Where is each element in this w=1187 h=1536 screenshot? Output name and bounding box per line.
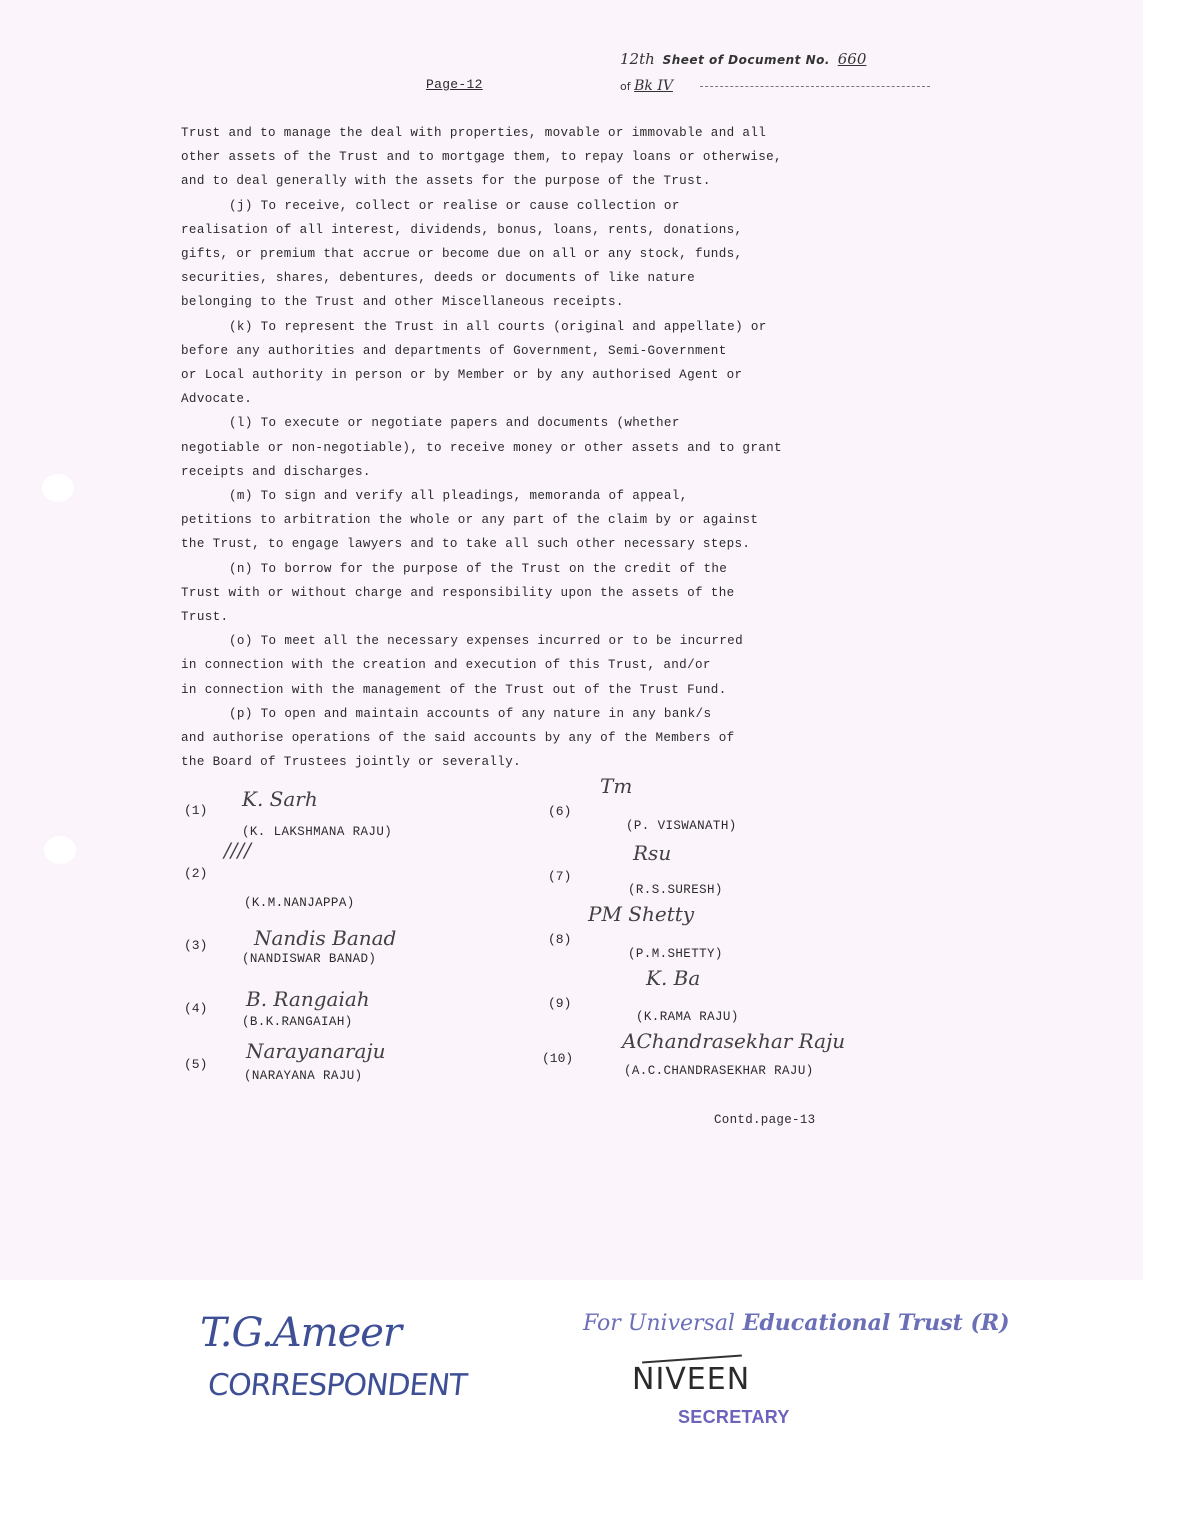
book-handwritten: Bk IV (634, 78, 673, 94)
correspondent-title: CORRESPONDENT (206, 1368, 468, 1403)
document-line: in connection with the creation and exec… (181, 653, 941, 677)
document-line: (k) To represent the Trust in all courts… (181, 315, 941, 339)
signatory-name: (P. VISWANATH) (626, 819, 737, 833)
document-line: receipts and discharges. (181, 460, 941, 484)
handwritten-signature: PM Shetty (588, 902, 694, 926)
signatory-name: (R.S.SURESH) (628, 883, 723, 897)
document-line: and authorise operations of the said acc… (181, 726, 941, 750)
signatory-number: (7) (548, 869, 571, 884)
document-line: before any authorities and departments o… (181, 339, 941, 363)
book-prefix: of (620, 80, 631, 93)
document-line: Trust. (181, 605, 941, 629)
sheet-number-handwritten: 12th (620, 50, 655, 68)
document-line: (m) To sign and verify all pleadings, me… (181, 484, 941, 508)
document-line: or Local authority in person or by Membe… (181, 363, 941, 387)
document-line: (n) To borrow for the purpose of the Tru… (181, 557, 941, 581)
document-line: realisation of all interest, dividends, … (181, 218, 941, 242)
signatory-name: (NARAYANA RAJU) (244, 1069, 363, 1083)
signatory-name: (NANDISWAR BANAD) (242, 952, 376, 966)
trust-stamp-name: Educational Trust (R) (743, 1310, 1010, 1336)
document-line: Trust and to manage the deal with proper… (181, 121, 941, 145)
signatory-name: (K. LAKSHMANA RAJU) (242, 825, 392, 839)
handwritten-signature: Nandis Banad (254, 926, 396, 950)
scanned-page: Page-12 12th Sheet of Document No. 660 o… (0, 0, 1143, 1280)
document-body: Trust and to manage the deal with proper… (181, 121, 941, 774)
handwritten-signature: Tm (600, 774, 632, 798)
document-line: in connection with the management of the… (181, 678, 941, 702)
signatory-number: (10) (542, 1051, 573, 1066)
document-line: belonging to the Trust and other Miscell… (181, 290, 941, 314)
secretary-title: SECRETARY (678, 1407, 790, 1428)
signatory-name: (K.RAMA RAJU) (636, 1010, 739, 1024)
document-line: (p) To open and maintain accounts of any… (181, 702, 941, 726)
handwritten-signature: B. Rangaiah (246, 987, 370, 1011)
punch-hole (42, 474, 74, 502)
signatory-number: (9) (548, 996, 571, 1011)
continuation-note: Contd.page-13 (714, 1113, 815, 1127)
document-line: Trust with or without charge and respons… (181, 581, 941, 605)
signatory-name: (B.K.RANGAIAH) (242, 1015, 353, 1029)
signatory-number: (1) (184, 803, 207, 818)
page-number: Page-12 (426, 77, 483, 92)
document-line: (l) To execute or negotiate papers and d… (181, 411, 941, 435)
signatory-number: (3) (184, 938, 207, 953)
handwritten-signature: AChandrasekhar Raju (622, 1029, 845, 1053)
document-line: (o) To meet all the necessary expenses i… (181, 629, 941, 653)
secretary-signature: NIVEEN (632, 1362, 750, 1397)
correspondent-signature-block: T.G.Ameer CORRESPONDENT (190, 1310, 510, 1440)
document-line: negotiable or non-negotiable), to receiv… (181, 436, 941, 460)
handwritten-signature: Narayanaraju (246, 1039, 386, 1063)
handwritten-signature: K. Ba (646, 966, 700, 990)
signatory-name: (A.C.CHANDRASEKHAR RAJU) (624, 1064, 814, 1078)
document-line: (j) To receive, collect or realise or ca… (181, 194, 941, 218)
document-line: securities, shares, debentures, deeds or… (181, 266, 941, 290)
document-line: other assets of the Trust and to mortgag… (181, 145, 941, 169)
signatory-number: (4) (184, 1001, 207, 1016)
punch-hole (44, 836, 76, 864)
document-line: gifts, or premium that accrue or become … (181, 242, 941, 266)
sheet-label: Sheet of Document No. (663, 53, 830, 67)
signatory-number: (2) (184, 866, 207, 881)
document-line: and to deal generally with the assets fo… (181, 169, 941, 193)
trust-stamp: For Universal Educational Trust (R) (583, 1310, 1010, 1336)
handwritten-signature: K. Sarh (242, 787, 318, 811)
signatory-number: (8) (548, 932, 571, 947)
correspondent-signature: T.G.Ameer (200, 1310, 401, 1356)
trust-stamp-prefix: For Universal (583, 1311, 735, 1336)
handwritten-signature: //// (224, 838, 251, 862)
signatory-name: (K.M.NANJAPPA) (244, 896, 355, 910)
signatory-number: (5) (184, 1057, 207, 1072)
signatory-name: (P.M.SHETTY) (628, 947, 723, 961)
dotted-line (700, 86, 930, 87)
handwritten-signature: Rsu (633, 841, 671, 865)
document-line: the Trust, to engage lawyers and to take… (181, 532, 941, 556)
document-line: the Board of Trustees jointly or several… (181, 750, 941, 774)
document-line: Advocate. (181, 387, 941, 411)
signatory-number: (6) (548, 804, 571, 819)
document-number: 660 (838, 50, 867, 68)
document-line: petitions to arbitration the whole or an… (181, 508, 941, 532)
